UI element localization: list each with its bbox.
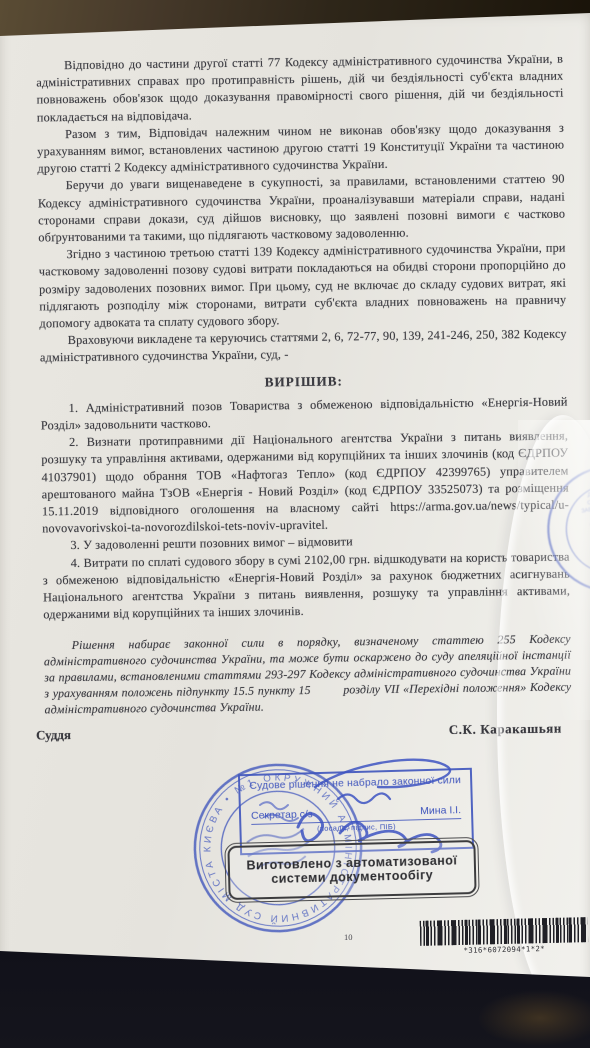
body-paragraph: Враховуючи викладене та керуючись стаття… — [40, 326, 567, 367]
judge-name: С.К. Каракашьян — [449, 721, 562, 738]
document-page: Відповідно до частини другої статті 77 К… — [0, 0, 590, 1048]
signature-row: Суддя С.К. Каракашьян — [36, 721, 562, 744]
photographed-court-decision: { "page": { "body_paragraphs": [ "Відпов… — [0, 0, 590, 1048]
barcode — [420, 917, 589, 946]
secretary-stamp-title: Судове рішення не набрало законної сили — [240, 770, 470, 796]
body-paragraph: Згідно з частиною третьою статті 139 Код… — [38, 240, 566, 333]
secretary-name: Мина І.І. — [420, 804, 461, 817]
body-paragraph: Беручи до уваги вищенаведене в сукупност… — [38, 171, 566, 247]
photo-background: Відповідно до частини другої статті 77 К… — [0, 0, 590, 1048]
secretary-role: Секретар с/з — [251, 808, 313, 822]
document-body: Відповідно до частини другої статті 77 К… — [36, 51, 572, 718]
automated-system-stamp: Виготовлено з автоматизованої системи до… — [227, 840, 476, 900]
resolution-item: 2. Визнати протиправними дії Національно… — [41, 428, 569, 538]
body-paragraph: Разом з тим, Відповідач належним чином н… — [37, 119, 565, 178]
page-number: 10 — [344, 932, 353, 942]
judge-label: Суддя — [36, 727, 71, 743]
barcode-block: *316*6072094*1*2* — [420, 917, 589, 956]
resolution-heading: ВИРІШИВ: — [40, 369, 567, 393]
appeal-note: Рішення набирає законної сили в порядку,… — [44, 630, 572, 718]
body-paragraph: Відповідно до частини другої статті 77 К… — [36, 51, 564, 127]
resolution-item: 4. Витрати по сплаті судового збору в су… — [43, 548, 571, 624]
